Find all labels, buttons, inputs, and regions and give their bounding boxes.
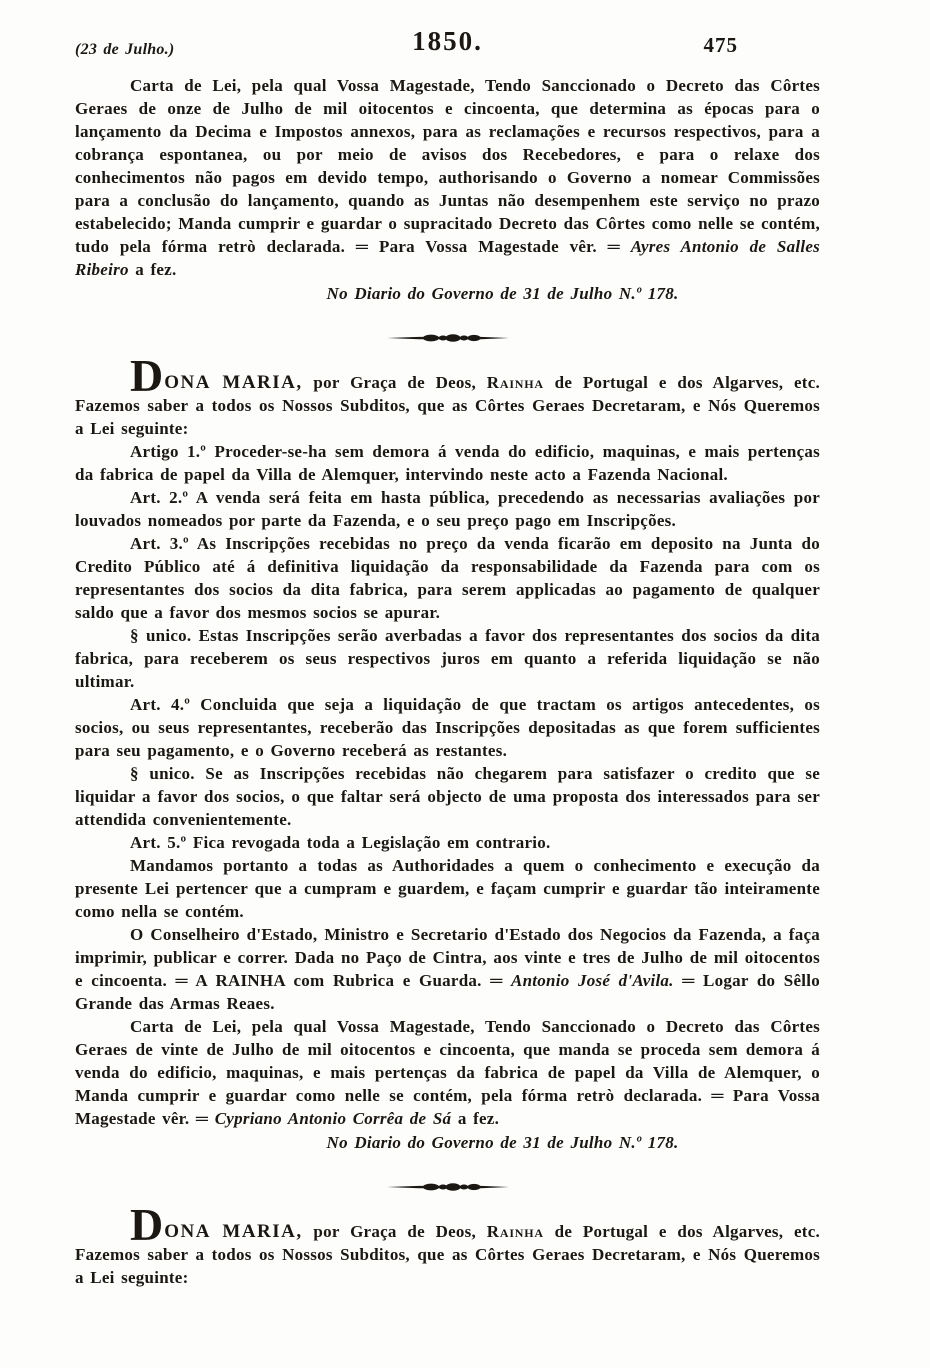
drop-cap-2: D xyxy=(130,1199,164,1250)
dona-maria-intro-1: DONA MARIA, por Graça de Deos, Rainha de… xyxy=(75,371,820,440)
carta-de-lei-paragraph-1: Carta de Lei, pela qual Vossa Magestade,… xyxy=(75,74,820,281)
dona-maria-intro-2: DONA MARIA, por Graça de Deos, Rainha de… xyxy=(75,1220,820,1289)
artigo-1: Artigo 1.º Proceder-se-ha sem demora á v… xyxy=(75,440,820,486)
document-page: (23 de Julho.) 1850. 475 Carta de Lei, p… xyxy=(0,0,930,1368)
artigo-5: Art. 5.º Fica revogada toda a Legislação… xyxy=(75,831,820,854)
gazette-citation-1: No Diario do Governo de 31 de Julho N.º … xyxy=(130,282,875,305)
section-divider-1 xyxy=(75,331,820,345)
carta-de-lei-paragraph-2: Carta de Lei, pela qual Vossa Magestade,… xyxy=(75,1015,820,1130)
dona-intro-text-1a: por Graça de Deos, xyxy=(303,373,487,392)
carta-2-signer-suffix: a fez. xyxy=(451,1109,499,1128)
section-divider-2 xyxy=(75,1180,820,1194)
dona-maria-name-1: ONA MARIA, xyxy=(164,372,302,393)
carta-1-signer-suffix: a fez. xyxy=(129,260,177,279)
rainha-smallcaps-1: Rainha xyxy=(487,373,544,392)
rainha-smallcaps-2: Rainha xyxy=(487,1222,544,1241)
header-year: 1850. xyxy=(412,30,483,53)
gazette-citation-2: No Diario do Governo de 31 de Julho N.º … xyxy=(130,1131,875,1154)
dona-maria-name-2: ONA MARIA, xyxy=(164,1221,302,1242)
carta-2-signer-name: Cypriano Antonio Corrêa de Sá xyxy=(215,1109,452,1128)
artigo-3: Art. 3.º As Inscripções recebidas no pre… xyxy=(75,532,820,624)
carta-1-text: Carta de Lei, pela qual Vossa Magestade,… xyxy=(75,76,820,256)
paragrapho-unico-1: § unico. Estas Inscripções serão averbad… xyxy=(75,624,820,693)
artigo-4: Art. 4.º Concluida que seja a liquidação… xyxy=(75,693,820,762)
mandamos-paragraph: Mandamos portanto a todas as Authoridade… xyxy=(75,854,820,923)
header-date: (23 de Julho.) xyxy=(75,38,175,61)
drop-cap-1: D xyxy=(130,350,164,401)
artigo-2: Art. 2.º A venda será feita em hasta púb… xyxy=(75,486,820,532)
dona-intro-text-2a: por Graça de Deos, xyxy=(303,1222,487,1241)
divider-ornament-icon xyxy=(385,331,511,345)
divider-ornament-icon xyxy=(385,1180,511,1194)
paragrapho-unico-2: § unico. Se as Inscripções recebidas não… xyxy=(75,762,820,831)
header-page-number: 475 xyxy=(704,34,739,57)
conselheiro-signer-name: Antonio José d'Avila. xyxy=(511,971,674,990)
page-header: (23 de Julho.) 1850. 475 xyxy=(75,34,820,68)
conselheiro-paragraph: O Conselheiro d'Estado, Ministro e Secre… xyxy=(75,923,820,1015)
